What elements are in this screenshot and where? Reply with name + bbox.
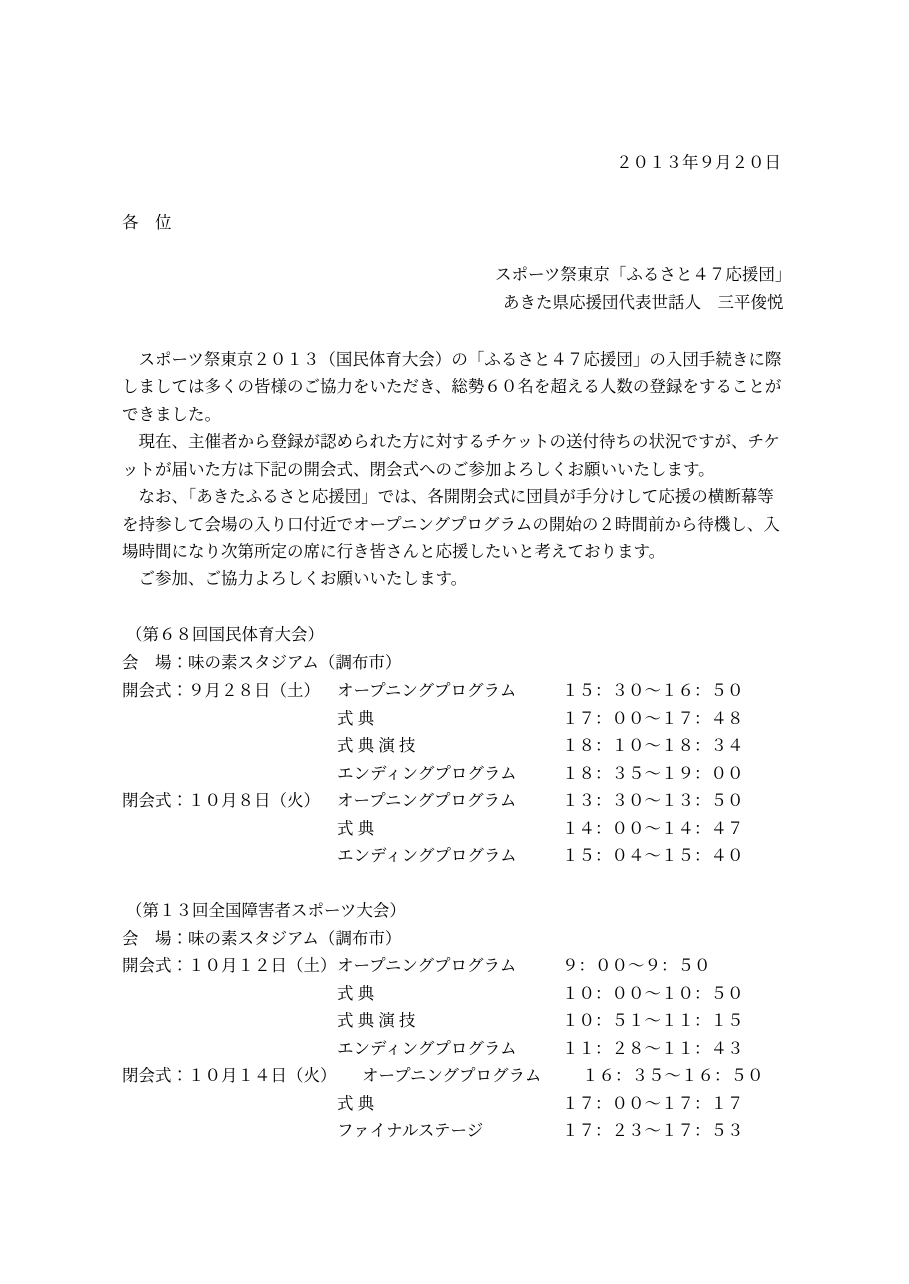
paragraph-3-line-2: を持参して会場の入り口付近でオープニングプログラムの開始の２時間前から待機し、入 — [122, 514, 780, 536]
schedule-row: エンディングプログラム １５：０４～１５：４０ — [0, 845, 909, 867]
sender-organization: スポーツ祭東京「ふるさと４７応援団」 — [495, 264, 791, 286]
letter-page: ２０１３年９月２０日 各 位 スポーツ祭東京「ふるさと４７応援団」 あきた県応援… — [0, 0, 909, 1284]
paragraph-2-line-2: ットが届いた方は下記の開会式、閉会式へのご参加よろしくお願いいたします。 — [122, 459, 715, 481]
schedule-row: ファイナルステージ １７：２３～１７：５３ — [0, 1120, 909, 1142]
program-time: １０：００～１０：５０ — [562, 983, 744, 1005]
sender-person: あきた県応援団代表世話人 三平俊悦 — [503, 292, 784, 314]
section-2-title: （第１３回全国障害者スポーツ大会） — [126, 900, 406, 922]
program-name: 式 典 — [337, 708, 374, 730]
ceremony-label: 開会式：１０月１２日（土） — [122, 955, 337, 977]
program-name: オープニングプログラム — [337, 790, 516, 812]
program-time: １５：３０～１６：５０ — [562, 680, 744, 702]
schedule-row: エンディングプログラム １８：３５～１９：００ — [0, 763, 909, 785]
program-name: オープニングプログラム — [337, 680, 516, 702]
schedule-row: 式 典 演 技 １８：１０～１８：３４ — [0, 735, 909, 757]
section-1-title: （第６８回国民体育大会） — [126, 624, 324, 646]
ceremony-label: 閉会式：１０月１４日（火） — [122, 1065, 337, 1087]
program-time: ９：００～９：５０ — [562, 955, 711, 977]
program-time: １８：３５～１９：００ — [562, 763, 744, 785]
document-date: ２０１３年９月２０日 — [616, 152, 781, 174]
program-time: １０：５１～１１：１５ — [562, 1010, 744, 1032]
program-time: １７：００～１７：１７ — [562, 1093, 744, 1115]
program-time: １６：３５～１６：５０ — [582, 1065, 764, 1087]
paragraph-1-line-3: できました。 — [122, 404, 221, 426]
program-name: 式 典 — [337, 983, 374, 1005]
schedule-row: 開会式：１０月１２日（土） オープニングプログラム ９：００～９：５０ — [0, 955, 909, 977]
program-name: エンディングプログラム — [337, 1038, 517, 1060]
paragraph-4-line-1: ご参加、ご協力よろしくお願いいたします。 — [122, 568, 467, 590]
program-name: オープニングプログラム — [337, 955, 516, 977]
ceremony-label: 閉会式：１０月８日（火） — [122, 790, 320, 812]
program-time: １５：０４～１５：４０ — [562, 845, 744, 867]
schedule-row: 式 典 １７：００～１７：１７ — [0, 1093, 909, 1115]
schedule-row: 閉会式：１０月８日（火） オープニングプログラム １３：３０～１３：５０ — [0, 790, 909, 812]
program-name: 式 典 演 技 — [337, 735, 415, 757]
schedule-row: 閉会式：１０月１４日（火） オープニングプログラム １６：３５～１６：５０ — [0, 1065, 909, 1087]
program-name: 式 典 — [337, 818, 374, 840]
program-time: １７：００～１７：４８ — [562, 708, 744, 730]
program-name: ファイナルステージ — [337, 1120, 483, 1142]
schedule-row: 式 典 演 技 １０：５１～１１：１５ — [0, 1010, 909, 1032]
program-name: エンディングプログラム — [337, 763, 517, 785]
schedule-row: 式 典 １７：００～１７：４８ — [0, 708, 909, 730]
program-time: １４：００～１４：４７ — [562, 818, 744, 840]
program-time: １８：１０～１８：３４ — [562, 735, 744, 757]
paragraph-1-line-2: しましては多くの皆様のご協力をいただき、総勢６０名を超える人数の登録をすることが — [122, 376, 781, 398]
paragraph-3-line-1: なお、「あきたふるさと応援団」では、各開閉会式に団員が手分けして応援の横断幕等 — [122, 486, 774, 508]
section-2-venue: 会 場：味の素スタジアム（調布市） — [122, 928, 401, 950]
program-name: オープニングプログラム — [362, 1065, 541, 1087]
ceremony-label: 開会式：９月２８日（土） — [122, 680, 320, 702]
schedule-row: 式 典 １０：００～１０：５０ — [0, 983, 909, 1005]
program-name: 式 典 演 技 — [337, 1010, 415, 1032]
paragraph-3-line-3: 場時間になり次第所定の席に行き皆さんと応援したいと考えております。 — [122, 541, 665, 563]
schedule-row: エンディングプログラム １１：２８～１１：４３ — [0, 1038, 909, 1060]
section-1-venue: 会 場：味の素スタジアム（調布市） — [122, 652, 401, 674]
paragraph-2-line-1: 現在、主催者から登録が認められた方に対するチケットの送付待ちの状況ですが、チケ — [122, 431, 780, 453]
program-name: 式 典 — [337, 1093, 374, 1115]
program-time: １７：２３～１７：５３ — [562, 1120, 744, 1142]
program-time: １３：３０～１３：５０ — [562, 790, 744, 812]
program-time: １１：２８～１１：４３ — [562, 1038, 744, 1060]
schedule-row: 開会式：９月２８日（土） オープニングプログラム １５：３０～１６：５０ — [0, 680, 909, 702]
paragraph-1-line-1: スポーツ祭東京２０１３（国民体育大会）の「ふるさと４７応援団」の入団手続きに際 — [122, 349, 781, 371]
program-name: エンディングプログラム — [337, 845, 517, 867]
schedule-row: 式 典 １４：００～１４：４７ — [0, 818, 909, 840]
salutation: 各 位 — [122, 212, 172, 234]
